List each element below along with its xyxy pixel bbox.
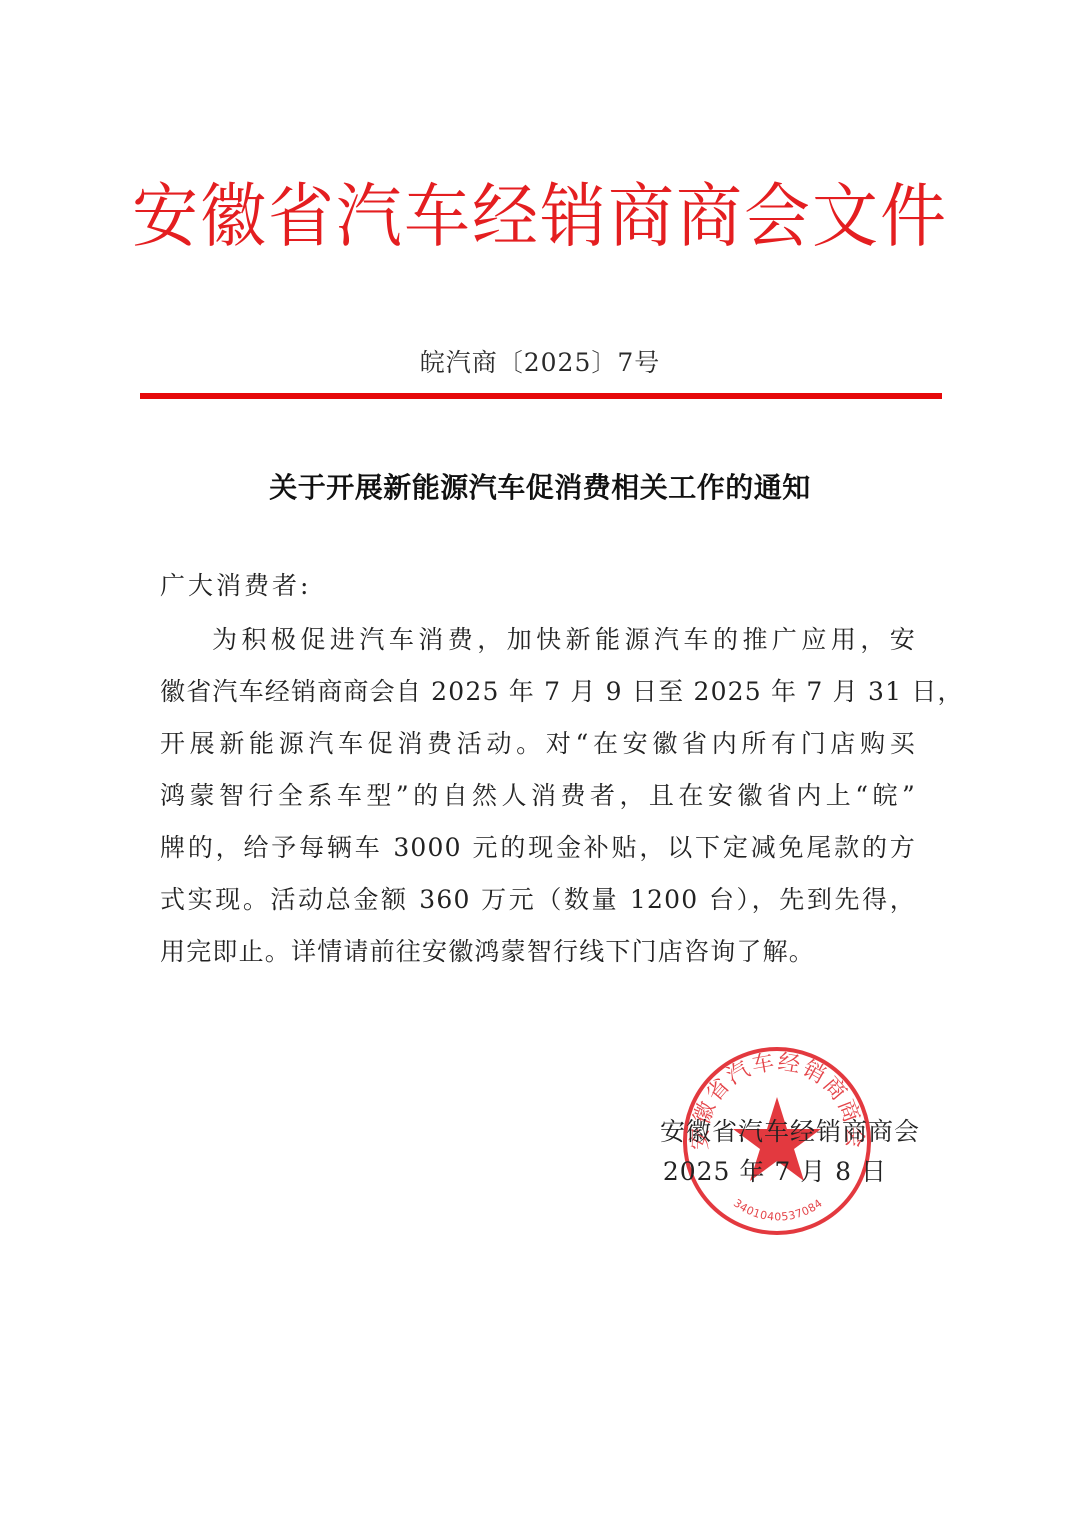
signature-block: 安徽省汽车经销商商会 2025 年 7 月 8 日 <box>630 1112 920 1192</box>
signing-organization: 安徽省汽车经销商商会 <box>630 1112 920 1152</box>
body-line: 牌的，给予每辆车 3000 元的现金补贴，以下定减免尾款的方 <box>160 822 916 874</box>
svg-text:3401040537084: 3401040537084 <box>731 1197 825 1224</box>
notice-title: 关于开展新能源汽车促消费相关工作的通知 <box>0 468 1080 508</box>
body-line: 徽省汽车经销商商会自 2025 年 7 月 9 日至 2025 年 7 月 31… <box>160 666 916 718</box>
body-line: 开展新能源汽车促消费活动。对“在安徽省内所有门店购买 <box>160 718 916 770</box>
salutation: 广大消费者: <box>160 566 311 606</box>
document-masthead: 安徽省汽车经销商商会文件 <box>0 170 1080 265</box>
notice-body: 为积极促进汽车消费，加快新能源汽车的推广应用，安 徽省汽车经销商商会自 2025… <box>160 614 916 978</box>
body-line: 用完即止。详情请前往安徽鸿蒙智行线下门店咨询了解。 <box>160 926 916 978</box>
seal-code: 3401040537084 <box>731 1197 825 1224</box>
red-divider-rule <box>140 393 942 399</box>
body-line: 式实现。活动总金额 360 万元（数量 1200 台），先到先得， <box>160 874 916 926</box>
body-line: 鸿蒙智行全系车型”的自然人消费者，且在安徽省内上“皖” <box>160 770 916 822</box>
document-number: 皖汽商〔2025〕7号 <box>0 343 1080 383</box>
signing-date: 2025 年 7 月 8 日 <box>630 1152 920 1192</box>
body-line: 为积极促进汽车消费，加快新能源汽车的推广应用，安 <box>160 614 916 666</box>
